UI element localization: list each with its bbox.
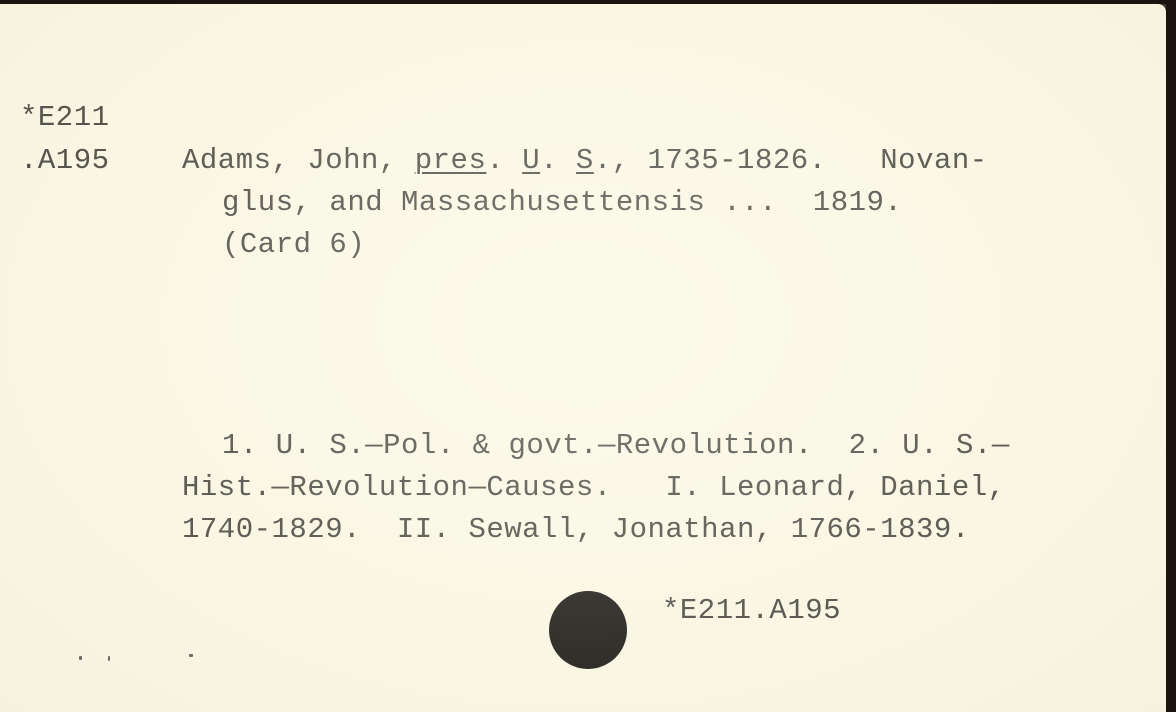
- author-heading: Adams, John,: [182, 144, 415, 177]
- tracing-line-3: 1740-1829. II. Sewall, Jonathan, 1766-18…: [182, 509, 970, 551]
- tracing-line-1: 1. U. S.—Pol. & govt.—Revolution. 2. U. …: [222, 425, 1010, 467]
- separator: .: [486, 144, 522, 177]
- main-entry-line-1: Adams, John, pres. U. S., 1735-1826. Nov…: [182, 140, 988, 182]
- title-s: S: [576, 144, 594, 177]
- main-entry-line-2: glus, and Massachusettensis ... 1819.: [222, 182, 902, 224]
- catalog-card: *E211 .A195 Adams, John, pres. U. S., 17…: [0, 4, 1166, 712]
- call-number-line-2: .A195: [20, 140, 110, 182]
- ink-speck: [108, 656, 110, 661]
- ink-speck: [189, 654, 193, 657]
- card-number: (Card 6): [222, 224, 365, 266]
- punch-hole: [549, 591, 627, 669]
- bottom-call-number: *E211.A195: [662, 590, 841, 632]
- call-number-line-1: *E211: [20, 97, 110, 139]
- author-dates-and-title: ., 1735-1826. Novan-: [594, 144, 988, 177]
- title-pres: pres: [415, 144, 487, 177]
- title-u: U: [522, 144, 540, 177]
- tracing-line-2: Hist.—Revolution—Causes. I. Leonard, Dan…: [182, 467, 1006, 509]
- separator: .: [540, 144, 576, 177]
- ink-speck: [79, 656, 82, 660]
